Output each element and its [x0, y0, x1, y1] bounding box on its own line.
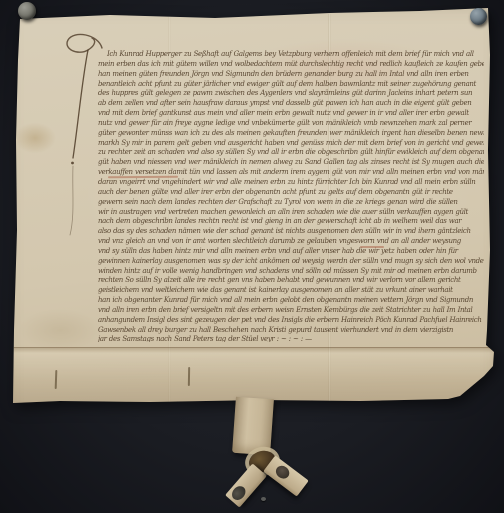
manuscript-line: vnd sy sülln das haben hintz mir vnd all…	[98, 247, 484, 257]
manuscript-line: nach dem obgeschribn landes rechtn recht…	[98, 217, 484, 227]
manuscript-line: geistleichem vnd weltleichem wie das gen…	[98, 286, 484, 296]
parchment-wrapper: Ich Kunrad Hupperger zu Seßhaft auf Galg…	[0, 0, 504, 513]
manuscript-line: Ich Kunrad Hupperger zu Seßhaft auf Galg…	[98, 50, 484, 60]
red-ink-mark	[360, 246, 384, 248]
manuscript-line: markh Sy mir in parem gelt geben vnd aus…	[98, 139, 484, 149]
manuscript-line: also das sy des schaden nämen wie der sc…	[98, 227, 484, 237]
metal-pin-icon	[470, 8, 487, 25]
manuscript-line: benantleich acht pfunt zu güter järliche…	[98, 80, 484, 90]
charter-photograph: Ich Kunrad Hupperger zu Seßhaft auf Galg…	[0, 0, 504, 513]
manuscript-line: gewinnen kainerlay ausgenomen was sy der…	[98, 257, 484, 267]
manuscript-line: wir in austragen vnd vertreten machen ge…	[98, 208, 484, 218]
manuscript-line: vnd mit dem brief gantkunst aus mein vnd…	[98, 109, 484, 119]
manuscript-line: winden hintz auf ir volle wenig handbrin…	[98, 267, 484, 277]
plica-slit	[188, 367, 190, 386]
manuscript-line: mein erben das ich mit gütem willen vnd …	[98, 60, 484, 70]
plica-fold-band	[13, 347, 493, 404]
manuscript-line: vnd vnz gleich an vnd von ir amt worten …	[98, 237, 484, 247]
manuscript-line: rechten So sülln Sy alzeit alle ire rech…	[98, 276, 484, 286]
manuscript-line: han ich obgenanter Kunrad für mich vnd a…	[98, 296, 484, 306]
manuscript-line: güter gewonter münss wan ich zu des als …	[98, 129, 484, 139]
manuscript-line: jar des Samstags nach Sand Peters tag de…	[98, 335, 484, 342]
manuscript-line: han meinen güten freunden Jörgn vnd Sigm…	[98, 70, 484, 80]
manuscript-line: auch der benen gülte vnd aller irer erbn…	[98, 188, 484, 198]
manuscript-line: Gawsenbek all drey burger zu hall Besche…	[98, 326, 484, 336]
manuscript-line: nutz vnd gewer für ain freye aygne ledig…	[98, 119, 484, 129]
manuscript-line: vnd alln iren erbn den brief versigeltn …	[98, 306, 484, 316]
manuscript-text-block: Ich Kunrad Hupperger zu Seßhaft auf Galg…	[98, 50, 484, 342]
manuscript-line: ab dem zellen vnd after sein hausfraw da…	[98, 99, 484, 109]
manuscript-line: anhangundem Insigl des sint gezeugen der…	[98, 316, 484, 326]
manuscript-line: des huppres gült gelegen ze pawm zwische…	[98, 89, 484, 99]
parchment-document: Ich Kunrad Hupperger zu Seßhaft auf Galg…	[0, 0, 504, 513]
manuscript-line: zu rechter zeit an schaden vnd also sy s…	[98, 148, 484, 158]
metal-pin-icon	[18, 2, 36, 20]
manuscript-line: güt haben vnd niessen vnd wer mänikleich…	[98, 158, 484, 168]
manuscript-line: gewern sein nach dem landes rechten der …	[98, 198, 484, 208]
manuscript-line: daran vngeirrt vnd vngehindert wir vnd a…	[98, 178, 484, 188]
